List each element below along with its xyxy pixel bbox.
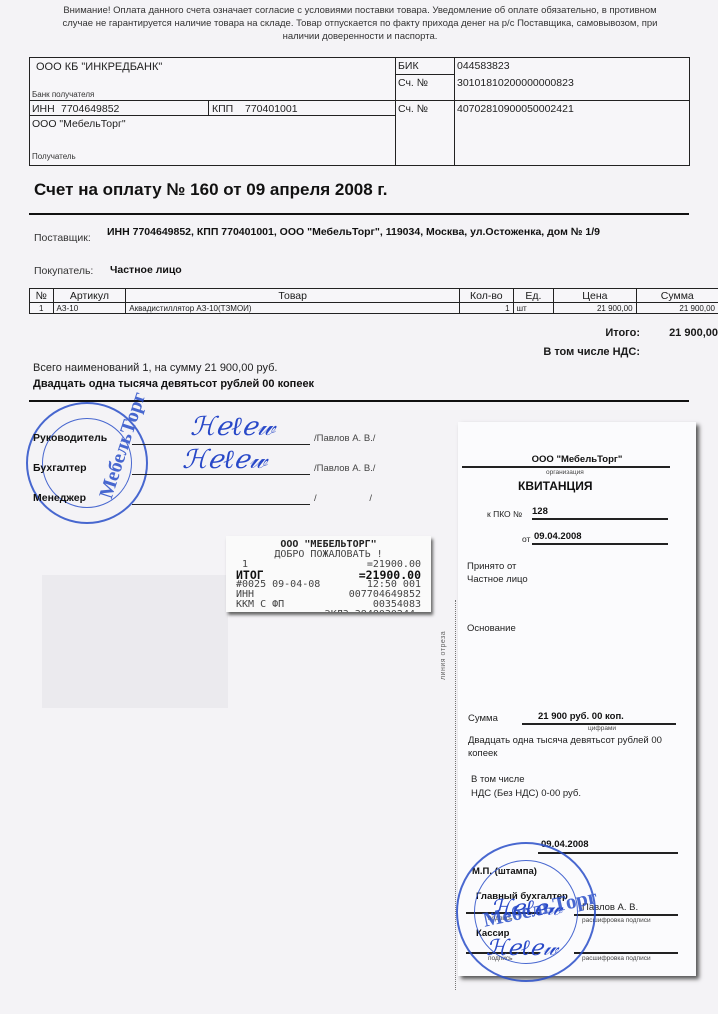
items-count-line: Всего наименований 1, на сумму 21 900,00… (33, 362, 278, 374)
signature-role-manager: Менеджер (33, 492, 86, 504)
kpp-label: КПП (212, 103, 233, 115)
cashier-decode-caption: расшифровка подписи (582, 955, 651, 962)
supplier-value: ИНН 7704649852, КПП 770401001, ООО "Мебе… (107, 225, 667, 240)
basis-label: Основание (467, 623, 516, 634)
scan-shadow-area (42, 575, 228, 708)
signature-name-manager: / / (314, 493, 372, 504)
vat-included-label: В том числе (471, 774, 525, 785)
recipient-caption: Получатель (32, 152, 76, 161)
bank-name: ООО КБ "ИНКРЕДБАНК" (36, 61, 162, 73)
receipt-org: ООО "МебельТорг" (502, 454, 652, 465)
total-value: 21 900,00 (640, 327, 718, 339)
handwritten-signature-icon: ℋℯℓℯ𝓌 (182, 445, 267, 476)
supplier-label: Поставщик: (34, 232, 91, 244)
title-divider (29, 213, 689, 215)
receipt-title: КВИТАНЦИЯ (518, 479, 593, 493)
account-label: Сч. № (398, 103, 428, 115)
buyer-value: Частное лицо (110, 263, 182, 278)
col-price: Цена (554, 289, 636, 303)
col-qty: Кол-во (460, 289, 513, 303)
col-number: № (30, 289, 54, 303)
table-row: 1 АЗ-10 Аквадистиллятор АЗ-10(ТЗМОИ) 1 ш… (30, 303, 718, 314)
bik-value: 044583823 (457, 60, 510, 72)
perforation-line (455, 600, 456, 990)
col-product: Товар (126, 289, 460, 303)
bik-label: БИК (398, 60, 419, 72)
vat-label: В том числе НДС: (480, 346, 640, 358)
total-label: Итого: (520, 327, 640, 339)
bank-caption: Банк получателя (32, 90, 94, 99)
pko-label: к ПКО № (487, 509, 522, 519)
handwritten-signature-icon: ℋℯℓℯ𝓌 (190, 412, 275, 443)
sum-label: Сумма (468, 713, 498, 724)
col-unit: Ед. (513, 289, 554, 303)
buyer-label: Покупатель: (34, 265, 93, 277)
amount-in-words: Двадцать одна тысяча девятьсот рублей 00… (33, 378, 314, 390)
kpp-value: 770401001 (245, 103, 298, 115)
vat-included-value: НДС (Без НДС) 0-00 руб. (471, 788, 581, 799)
receipt-date: 09.04.2008 (534, 531, 582, 542)
accepted-from-value: Частное лицо (467, 574, 528, 585)
accepted-from-label: Принято от (467, 561, 516, 572)
cash-register-receipt: ООО "МЕБЕЛЬТОРГ" ДОБРО ПОЖАЛОВАТЬ ! 1=21… (226, 536, 431, 612)
inn-value: 7704649852 (61, 103, 119, 115)
pko-number: 128 (532, 506, 548, 517)
col-article: Артикул (53, 289, 126, 303)
handwritten-signature-icon: ℋℯℓℯ𝓌 (486, 935, 558, 961)
signature-role-director: Руководитель (33, 432, 107, 444)
items-table: № Артикул Товар Кол-во Ед. Цена Сумма 1 … (29, 288, 718, 314)
bank-details-table: ООО КБ "ИНКРЕДБАНК" Банк получателя ИНН … (29, 57, 690, 166)
cut-line-label: линия отреза (440, 631, 447, 680)
account-value: 40702810900050002421 (457, 103, 574, 115)
receipt-date-label: от (522, 534, 530, 544)
sum-caption: цифрами (588, 725, 616, 732)
payment-notice: Внимание! Оплата данного счета означает … (60, 4, 660, 43)
signature-name-accountant: /Павлов А. В./ (314, 463, 375, 474)
sum-in-words: Двадцать одна тысяча девятьсот рублей 00… (468, 734, 668, 760)
items-header-row: № Артикул Товар Кол-во Ед. Цена Сумма (30, 289, 718, 303)
invoice-title: Счет на оплату № 160 от 09 апреля 2008 г… (34, 180, 388, 200)
inn-label: ИНН (32, 103, 55, 115)
signature-name-director: /Павлов А. В./ (314, 433, 375, 444)
handwritten-signature-icon: ℋℯℓℯ𝓌 (490, 895, 562, 921)
receipt-org-caption: организация (546, 469, 584, 476)
corr-account-label: Сч. № (398, 77, 428, 89)
sum-value: 21 900 руб. 00 коп. (538, 711, 624, 722)
signature-role-accountant: Бухгалтер (33, 462, 87, 474)
corr-account-value: 30101810200000000823 (457, 77, 574, 89)
col-sum: Сумма (636, 289, 718, 303)
recipient-name: ООО "МебельТорг" (32, 118, 126, 130)
